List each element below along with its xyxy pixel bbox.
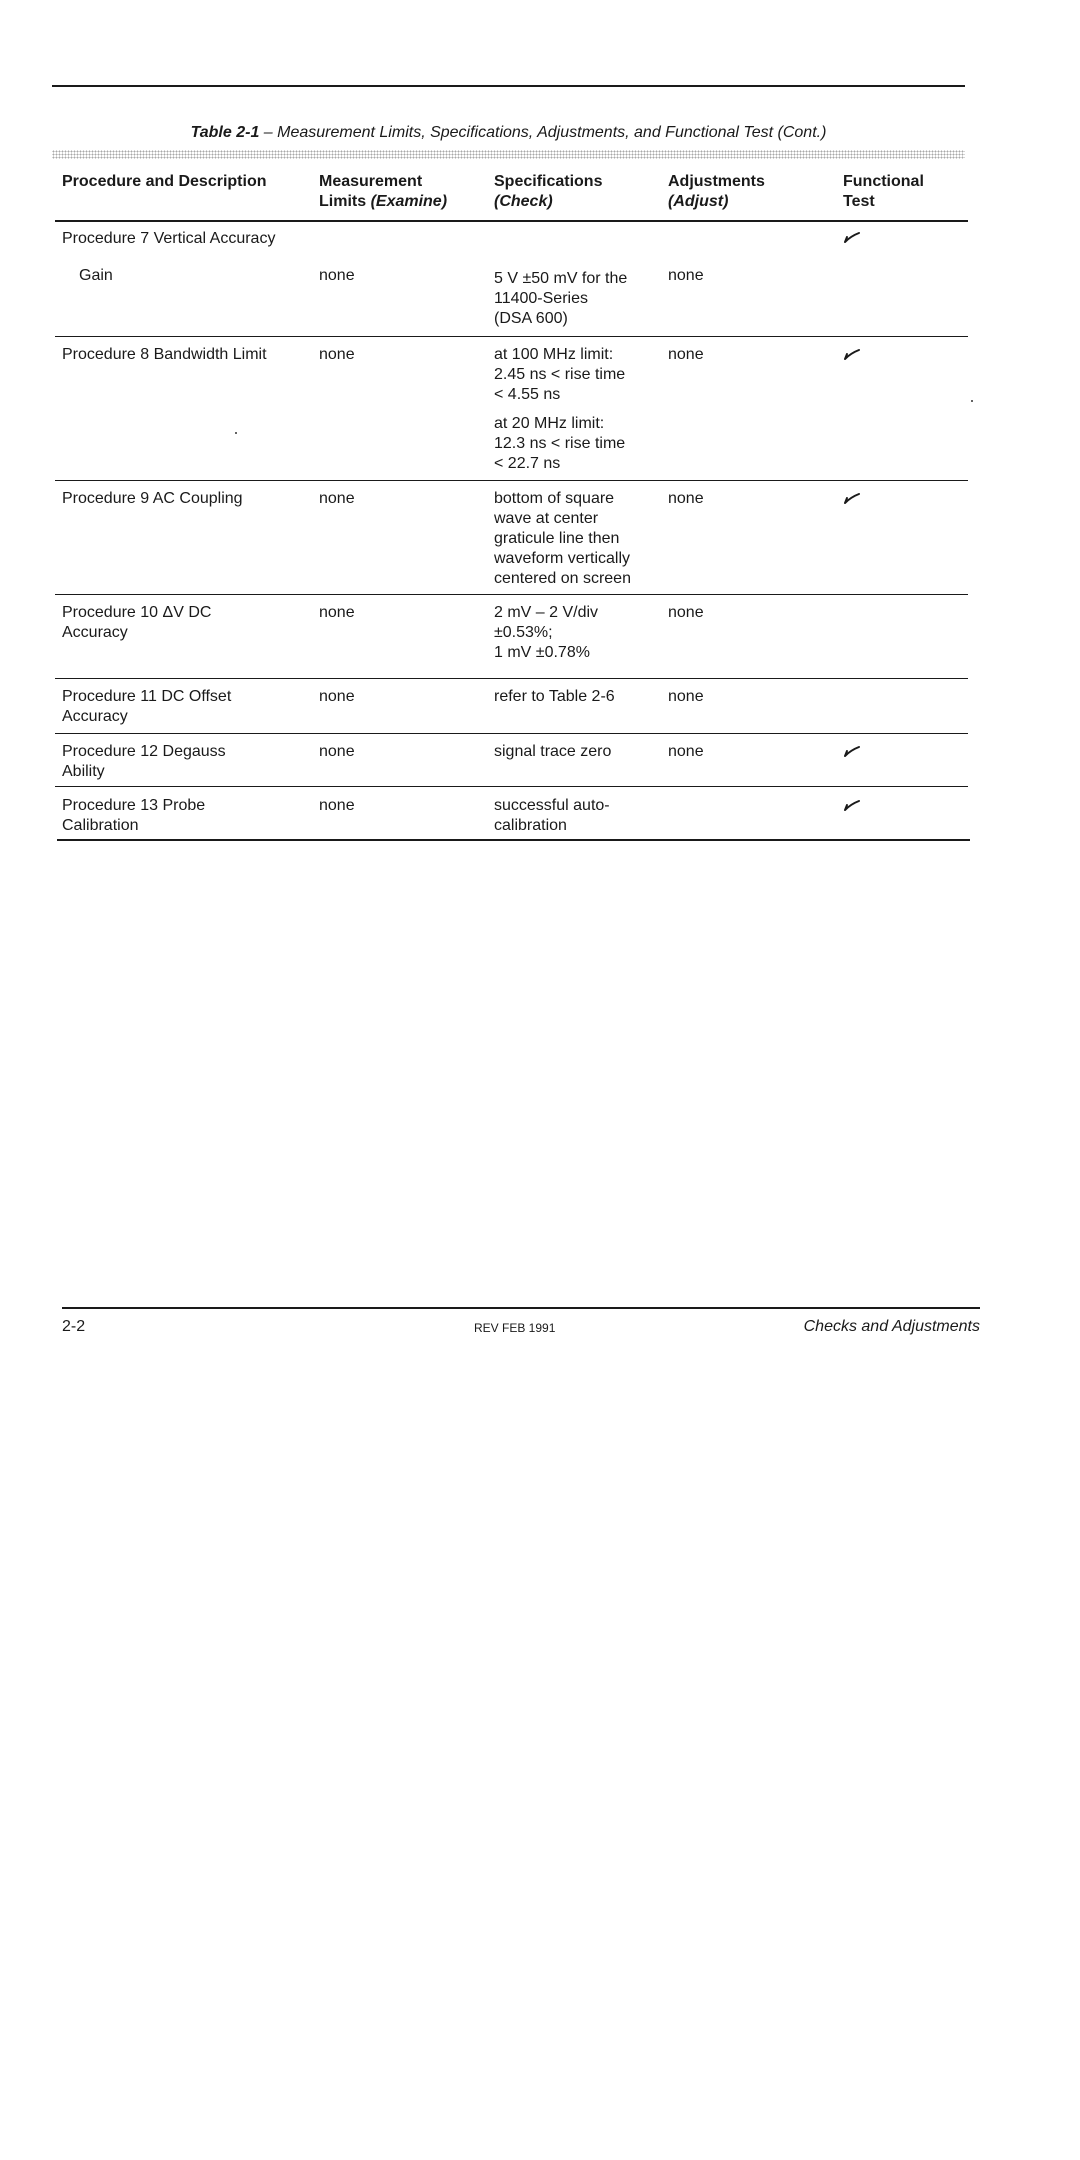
row-procedure-10: Procedure 10 ΔV DCAccuracy (62, 603, 211, 643)
row-procedure-7: Procedure 7 Vertical Accuracy (62, 229, 275, 249)
table-caption: Measurement Limits, Specifications, Adju… (277, 124, 826, 141)
revision-date: REV FEB 1991 (474, 1321, 555, 1335)
header-specifications: Specifications(Check) (494, 172, 602, 212)
row-procedure-12: Procedure 12 DegaussAbility (62, 742, 226, 782)
proc12-adjust: none (668, 742, 704, 762)
proc9-limits: none (319, 489, 355, 509)
table-number: Table 2-1 (191, 124, 260, 141)
table-bottom-rule (57, 839, 970, 841)
scan-speck (235, 432, 237, 434)
gain-adjust: none (668, 266, 704, 286)
row-rule (55, 678, 968, 679)
proc12-spec: signal trace zero (494, 742, 611, 762)
header-limits: MeasurementLimits (Examine) (319, 172, 447, 212)
row-rule (55, 594, 968, 595)
checkmark-icon (843, 347, 861, 361)
proc13-spec: successful auto-calibration (494, 796, 610, 836)
header-adjustments: Adjustments(Adjust) (668, 172, 765, 212)
proc8-limits: none (319, 345, 355, 365)
proc8-spec-100mhz: at 100 MHz limit:2.45 ns < rise time< 4.… (494, 345, 625, 405)
top-rule (52, 85, 965, 87)
gain-limits: none (319, 266, 355, 286)
row-rule (55, 733, 968, 734)
proc11-limits: none (319, 687, 355, 707)
proc8-adjust: none (668, 345, 704, 365)
proc11-spec: refer to Table 2-6 (494, 687, 615, 707)
checkmark-icon (843, 798, 861, 812)
header-rule (55, 220, 968, 222)
dotted-band (52, 150, 965, 159)
row-procedure-8: Procedure 8 Bandwidth Limit (62, 345, 267, 365)
row-rule (55, 786, 968, 787)
checkmark-icon (843, 744, 861, 758)
section-name: Checks and Adjustments (804, 1318, 980, 1336)
row-procedure-9: Procedure 9 AC Coupling (62, 489, 243, 509)
row-rule (55, 336, 968, 337)
header-procedure: Procedure and Description (62, 172, 267, 192)
proc9-adjust: none (668, 489, 704, 509)
row-procedure-11: Procedure 11 DC OffsetAccuracy (62, 687, 231, 727)
proc10-adjust: none (668, 603, 704, 623)
proc10-spec: 2 mV – 2 V/div±0.53%;1 mV ±0.78% (494, 603, 598, 663)
row-procedure-13: Procedure 13 ProbeCalibration (62, 796, 205, 836)
scan-speck (971, 400, 973, 402)
checkmark-icon (843, 230, 861, 244)
row-gain: Gain (79, 266, 113, 286)
row-rule (55, 480, 968, 481)
checkmark-icon (843, 491, 861, 505)
header-functional-test: FunctionalTest (843, 172, 924, 212)
table-title: Table 2-1 – Measurement Limits, Specific… (52, 124, 965, 142)
footer-rule (62, 1307, 980, 1309)
proc10-limits: none (319, 603, 355, 623)
proc8-spec-20mhz: at 20 MHz limit:12.3 ns < rise time< 22.… (494, 414, 625, 474)
proc12-limits: none (319, 742, 355, 762)
gain-spec: 5 V ±50 mV for the11400-Series(DSA 600) (494, 269, 627, 329)
proc11-adjust: none (668, 687, 704, 707)
proc9-spec: bottom of squarewave at centergraticule … (494, 489, 631, 589)
proc13-limits: none (319, 796, 355, 816)
page-number: 2-2 (62, 1318, 85, 1336)
